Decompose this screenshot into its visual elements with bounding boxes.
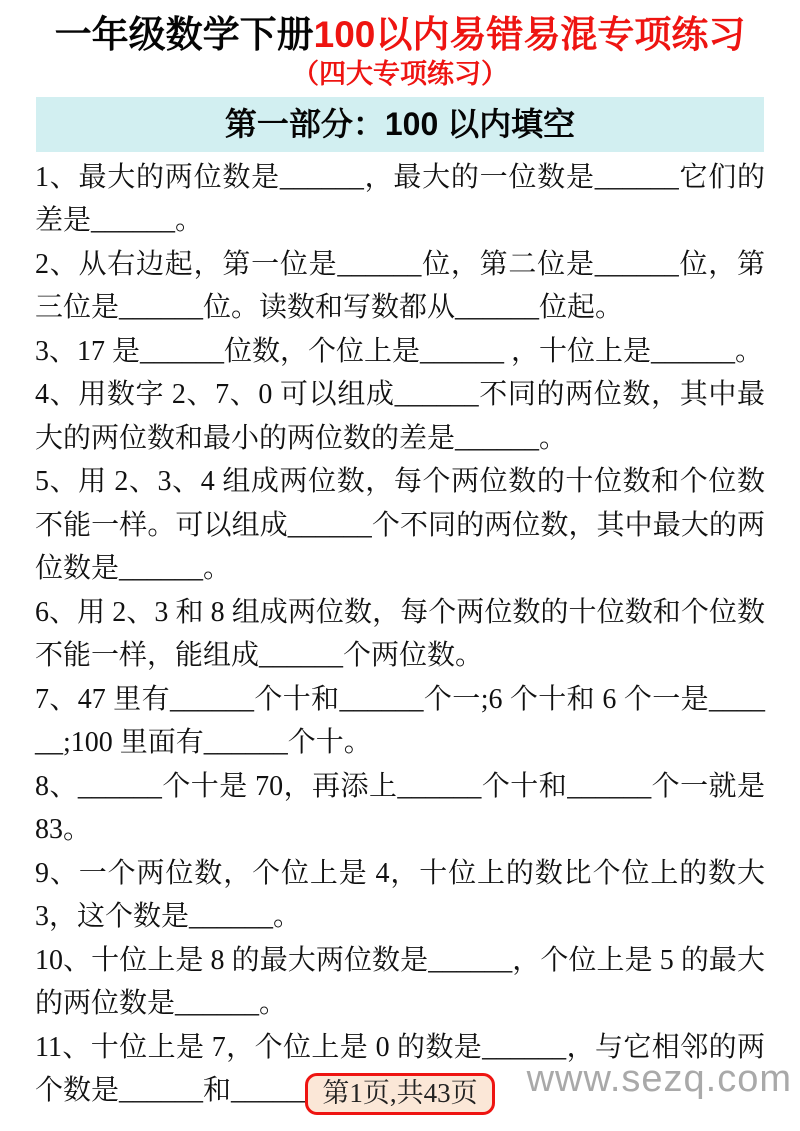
section-header: 第一部分：100 以内填空	[36, 97, 764, 152]
question-item-2: 2、从右边起，第一位是______位，第二位是______位，第三位是_____…	[35, 243, 765, 330]
question-item-8: 8、______个十是 70，再添上______个十和______个一就是 83…	[35, 765, 765, 852]
question-item-10: 10、十位上是 8 的最大两位数是______，个位上是 5 的最大的两位数是_…	[35, 939, 765, 1026]
page-title: 一年级数学下册100以内易错易混专项练习	[0, 0, 800, 58]
question-item-6: 6、用 2、3 和 8 组成两位数，每个两位数的十位数和个位数不能一样，能组成_…	[35, 591, 765, 678]
question-list: 1、最大的两位数是______，最大的一位数是______它们的差是______…	[35, 156, 765, 1113]
question-item-5: 5、用 2、3、4 组成两位数，每个两位数的十位数和个位数不能一样。可以组成__…	[35, 460, 765, 591]
page-number-badge: 第1页,共43页	[305, 1073, 494, 1115]
question-item-7: 7、47 里有______个十和______个一;6 个十和 6 个一是____…	[35, 678, 765, 765]
question-item-3: 3、17 是______位数，个位上是______ ，十位上是______。	[35, 330, 765, 374]
question-item-4: 4、用数字 2、7、0 可以组成______不同的两位数，其中最大的两位数和最小…	[35, 373, 765, 460]
question-item-1: 1、最大的两位数是______，最大的一位数是______它们的差是______…	[35, 156, 765, 243]
footer: 第1页,共43页	[0, 1073, 800, 1115]
worksheet-page: 一年级数学下册100以内易错易混专项练习 （四大专项练习） 第一部分：100 以…	[0, 0, 800, 1131]
question-item-9: 9、一个两位数，个位上是 4，十位上的数比个位上的数大 3，这个数是______…	[35, 852, 765, 939]
page-title-topic: 100以内易错易混专项练习	[314, 14, 746, 55]
page-subtitle: （四大专项练习）	[0, 58, 800, 90]
page-title-grade: 一年级数学下册	[55, 14, 314, 55]
